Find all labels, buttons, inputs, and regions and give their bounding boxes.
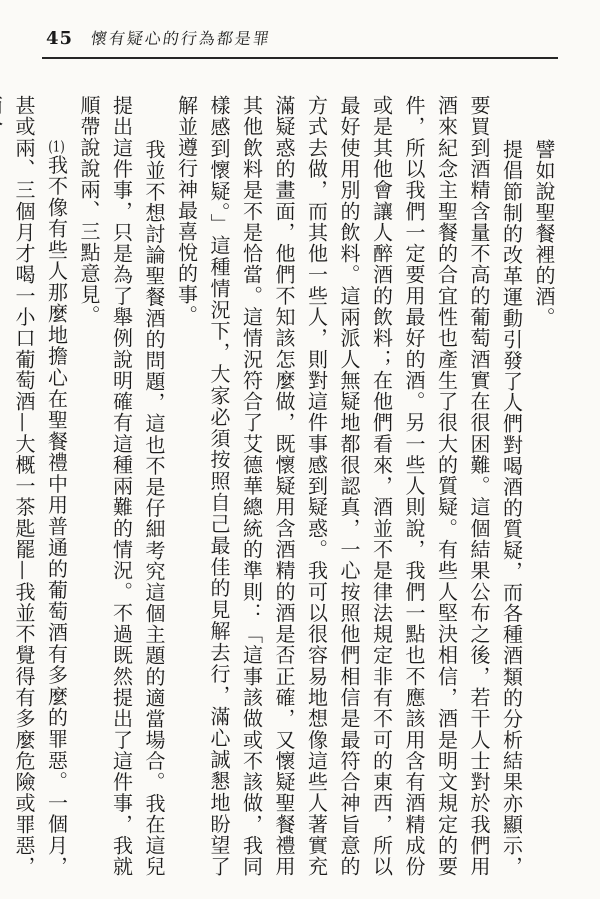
paragraph-3: 我並不想討論聖餐酒的問題，這也不是仔細考究這個主題的適當場合。我在這兒提出這件事… bbox=[73, 95, 171, 877]
header-rule bbox=[42, 57, 558, 59]
paragraph-2: 提倡節制的改革運動引發了人們對喝酒的質疑，而各種酒類的分析結果亦顯示，要買到酒精… bbox=[170, 95, 528, 877]
list-item-marker: (1) bbox=[48, 139, 66, 154]
body-text: 譬如說聖餐裡的酒。 提倡節制的改革運動引發了人們對喝酒的質疑，而各種酒類的分析結… bbox=[38, 95, 560, 877]
paragraph-4-text: 我不像有些人那麼地擔心在聖餐禮中用普通的葡萄酒有多麼的罪惡。一個月，甚或兩、三個… bbox=[0, 95, 69, 877]
paragraph-1: 譬如說聖餐裡的酒。 bbox=[528, 95, 561, 877]
page-header: 45 懷有疑心的行為都是罪 bbox=[46, 26, 271, 49]
running-title: 懷有疑心的行為都是罪 bbox=[89, 26, 272, 49]
book-page: 45 懷有疑心的行為都是罪 譬如說聖餐裡的酒。 提倡節制的改革運動引發了人們對喝… bbox=[0, 0, 600, 899]
paragraph-4: (1)我不像有些人那麼地擔心在聖餐禮中用普通的葡萄酒有多麼的罪惡。一個月，甚或兩… bbox=[0, 95, 73, 877]
page-number: 45 bbox=[46, 28, 73, 49]
